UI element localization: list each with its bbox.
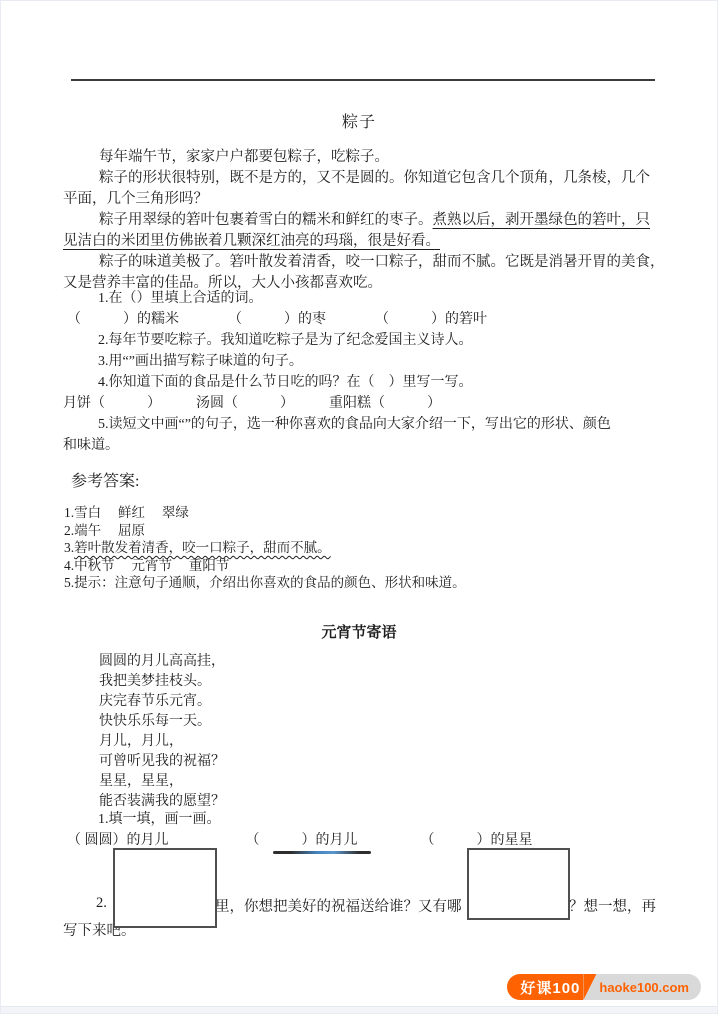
poem-line: 月儿，月儿， — [63, 732, 225, 752]
underlined-sentence: 煮熟以后，剥开墨绿色的箬叶，只 — [433, 212, 651, 228]
question-2: 2.每年节要吃粽子。我知道吃粽子是为了纪念爱国主义诗人。 — [63, 330, 703, 351]
greeting-question-1: 1.填一填，画一画。 — [63, 809, 533, 830]
passage-body: 每年端午节，家家户户都要包粽子，吃粽子。 粽子的形状很特别，既不是方的，又不是圆… — [63, 147, 693, 294]
passage-line: 平面，几个三角形吗？ — [63, 189, 693, 210]
passage-text: 粽子用翠绿的箬叶包裹着雪白的糯米和鲜红的枣子。 — [99, 212, 433, 228]
question-4-blanks: 月饼（ ） 汤圆（ ） 重阳糕（ ） — [63, 393, 703, 414]
haoke100-logo[interactable]: 好课100 haoke100.com — [507, 974, 701, 1000]
passage-line: 粽子的味道美极了。箬叶散发着清香，咬一口粽子，甜而不腻。它既是消暑开胃的美食， — [63, 252, 693, 273]
drawing-area: 2. 里，你想把美好的祝福送给谁？又有哪 ？想一想，再 写下来吧。 — [63, 846, 667, 958]
answer-3: 3.箬叶散发着清香，咬一口粽子，甜而不腻。 — [64, 539, 694, 557]
poem-line: 可曾听见我的祝福？ — [63, 752, 225, 772]
passage-line: 粽子用翠绿的箬叶包裹着雪白的糯米和鲜红的枣子。煮熟以后，剥开墨绿色的箬叶，只 — [63, 210, 693, 231]
poem-line: 快快乐乐每一天。 — [63, 712, 225, 732]
logo-brand-badge: 好课100 — [507, 974, 583, 1000]
answer-4: 4.中秋节 元宵节 重阳节 — [64, 557, 694, 575]
passage-title: 粽子 — [1, 109, 717, 132]
answers-heading: 参考答案: — [71, 468, 139, 491]
question-1-blanks: （ ）的糯米 （ ）的枣 （ ）的箬叶 — [63, 309, 703, 330]
answer-3-underlined: 箬叶散发着清香，咬一口粽子，甜而不腻。 — [74, 540, 331, 555]
question-3: 3.用“”画出描写粽子味道的句子。 — [63, 351, 703, 372]
passage-line: 每年端午节，家家户户都要包粽子，吃粽子。 — [63, 147, 693, 168]
question-list: 1.在（）里填上合适的词。 （ ）的糯米 （ ）的枣 （ ）的箬叶 2.每年节要… — [63, 288, 703, 456]
logo-slant-divider — [583, 974, 596, 1000]
answer-2: 2.端午 屈原 — [64, 522, 694, 540]
poem-line: 我把美梦挂枝头。 — [63, 672, 225, 692]
drawn-line — [273, 851, 371, 854]
drawing-box-1 — [113, 848, 217, 928]
question-4: 4.你知道下面的食品是什么节日吃的吗？在（ ）里写一写。 — [63, 372, 703, 393]
question-1: 1.在（）里填上合适的词。 — [63, 288, 703, 309]
answers-list: 1.雪白 鲜红 翠绿 2.端午 屈原 3.箬叶散发着清香，咬一口粽子，甜而不腻。… — [64, 504, 694, 592]
poem-line: 圆圆的月儿高高挂， — [63, 652, 225, 672]
worksheet-page: { "passage": { "title": "粽子", "lines": [… — [0, 0, 718, 1014]
question-5: 5.读短文中画“”的句子，选一种你喜欢的食品向大家介绍一下，写出它的形状、颜色 — [63, 414, 703, 435]
answer-1: 1.雪白 鲜红 翠绿 — [64, 504, 694, 522]
poem: 圆圆的月儿高高挂， 我把美梦挂枝头。 庆完春节乐元宵。 快快乐乐每一天。 月儿，… — [63, 652, 225, 812]
greeting-question-2-tail: ？想一想，再 — [569, 895, 656, 916]
poem-line: 星星，星星， — [63, 772, 225, 792]
underlined-sentence: 见洁白的米团里仿佛嵌着几颗深红油亮的玛瑙，很是好看。 — [63, 233, 440, 249]
header-rule — [71, 79, 655, 81]
answer-5: 5.提示：注意句子通顺，介绍出你喜欢的食品的颜色、形状和味道。 — [64, 574, 694, 592]
greeting-question-2-number: 2. — [96, 895, 107, 912]
page-bottom-strip — [1, 1006, 717, 1013]
drawing-box-2 — [467, 848, 570, 920]
logo-domain-badge: haoke100.com — [596, 974, 701, 1000]
question-5-wrap: 和味道。 — [63, 435, 703, 456]
greeting-question-2-text: 里，你想把美好的祝福送给谁？又有哪 — [215, 895, 462, 916]
answer-3-number: 3. — [64, 540, 74, 555]
passage-line: 见洁白的米团里仿佛嵌着几颗深红油亮的玛瑙，很是好看。 — [63, 231, 693, 252]
greeting-title: 元宵节寄语 — [1, 621, 717, 642]
passage-line: 粽子的形状很特别，既不是方的，又不是圆的。你知道它包含几个顶角，几条棱，几个 — [63, 168, 693, 189]
logo-domain-text: haoke100.com — [599, 980, 689, 995]
greeting-questions: 1.填一填，画一画。 （ 圆圆）的月儿 （ ）的月儿 （ ）的星星 — [63, 809, 533, 851]
poem-line: 庆完春节乐元宵。 — [63, 692, 225, 712]
logo-brand-text: 好课100 — [520, 977, 580, 998]
